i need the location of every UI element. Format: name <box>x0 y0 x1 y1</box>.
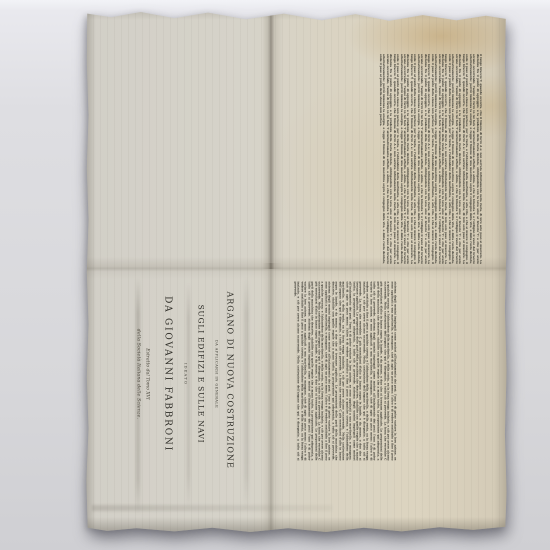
paper-edge-shading <box>86 11 507 533</box>
paper-sheet-wrapper: il lungo braccio T, quando occorra, che … <box>86 11 507 533</box>
photo-frame: il lungo braccio T, quando occorra, che … <box>0 0 550 550</box>
paper-sheet: il lungo braccio T, quando occorra, che … <box>86 11 507 533</box>
